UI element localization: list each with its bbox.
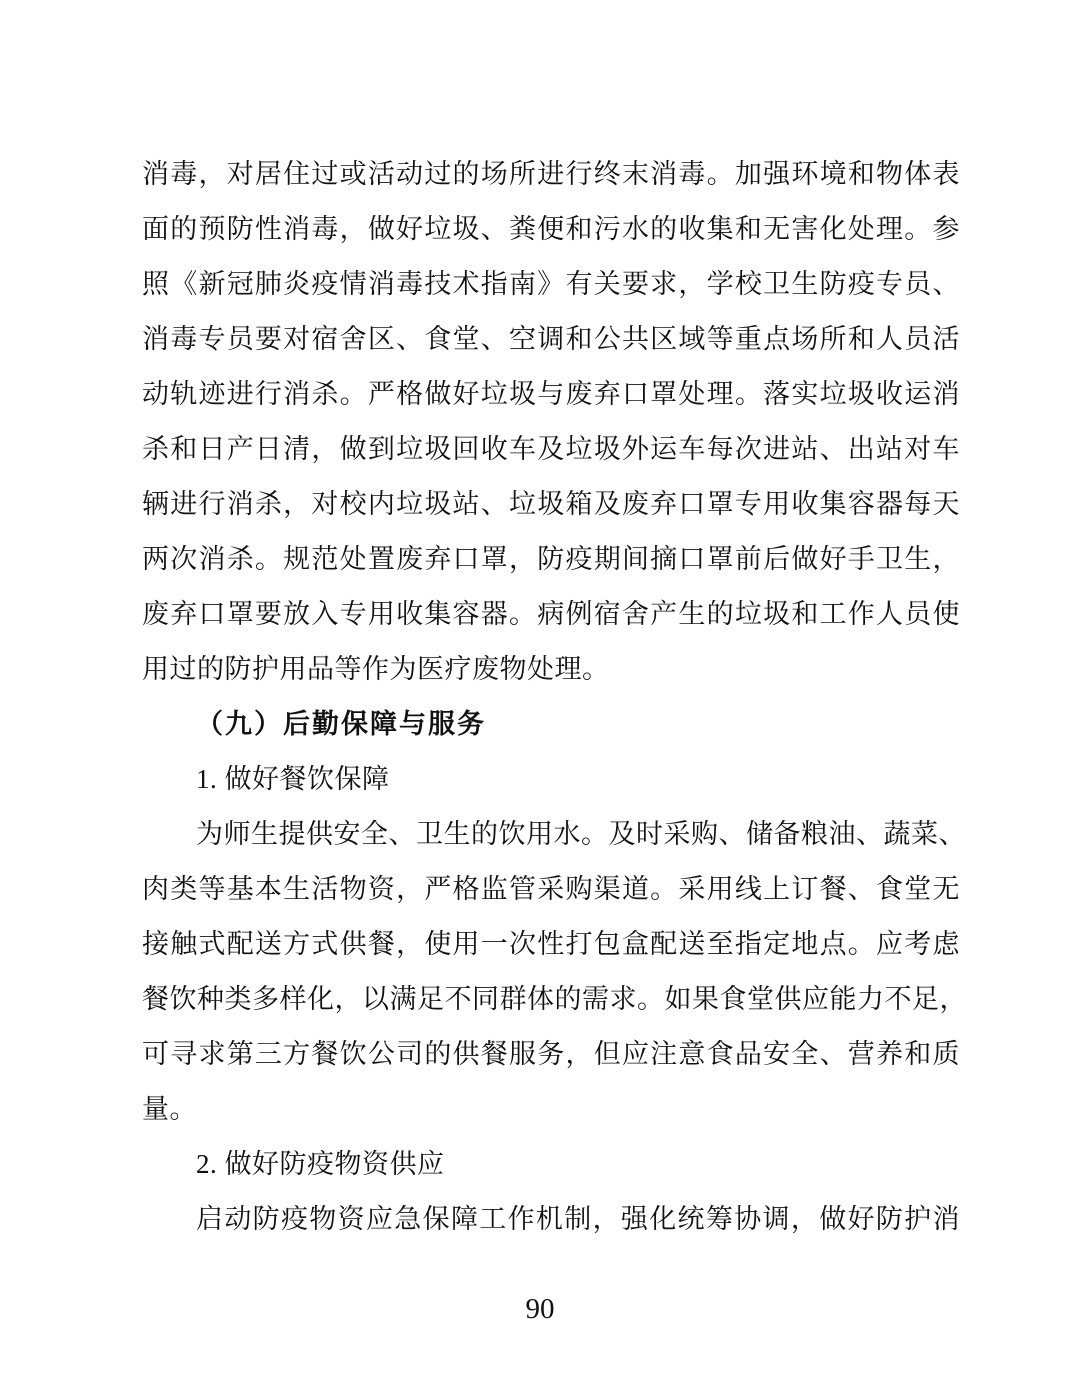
text-line: 辆进行消杀，对校内垃圾站、垃圾箱及废弃口罩专用收集容器每天 <box>142 477 960 532</box>
text-line: 废弃口罩要放入专用收集容器。病例宿舍产生的垃圾和工作人员使 <box>142 587 960 642</box>
text-line: 杀和日产日清，做到垃圾回收车及垃圾外运车每次进站、出站对车 <box>142 422 960 477</box>
text-line: 面的预防性消毒，做好垃圾、粪便和污水的收集和无害化处理。参 <box>142 202 960 257</box>
list-item-heading: 1. 做好餐饮保障 <box>142 752 960 807</box>
list-item-heading: 2. 做好防疫物资供应 <box>142 1137 960 1192</box>
text-line: 可寻求第三方餐饮公司的供餐服务，但应注意食品安全、营养和质 <box>142 1027 960 1082</box>
text-line: 量。 <box>142 1082 960 1137</box>
text-line: 两次消杀。规范处置废弃口罩，防疫期间摘口罩前后做好手卫生， <box>142 532 960 587</box>
body-text: 消毒，对居住过或活动过的场所进行终末消毒。加强环境和物体表 面的预防性消毒，做好… <box>142 147 960 1247</box>
text-line: 照《新冠肺炎疫情消毒技术指南》有关要求，学校卫生防疫专员、 <box>142 257 960 312</box>
text-line: 消毒专员要对宿舍区、食堂、空调和公共区域等重点场所和人员活 <box>142 312 960 367</box>
text-line: 消毒，对居住过或活动过的场所进行终末消毒。加强环境和物体表 <box>142 147 960 202</box>
page-number: 90 <box>0 1282 1080 1337</box>
section-heading: （九）后勤保障与服务 <box>142 697 960 752</box>
text-line: 接触式配送方式供餐，使用一次性打包盒配送至指定地点。应考虑 <box>142 917 960 972</box>
text-line: 肉类等基本生活物资，严格监管采购渠道。采用线上订餐、食堂无 <box>142 862 960 917</box>
text-line: 餐饮种类多样化，以满足不同群体的需求。如果食堂供应能力不足， <box>142 972 960 1027</box>
text-line: 用过的防护用品等作为医疗废物处理。 <box>142 642 960 697</box>
text-line: 启动防疫物资应急保障工作机制，强化统筹协调，做好防护消 <box>142 1192 960 1247</box>
text-line: 动轨迹进行消杀。严格做好垃圾与废弃口罩处理。落实垃圾收运消 <box>142 367 960 422</box>
text-line: 为师生提供安全、卫生的饮用水。及时采购、储备粮油、蔬菜、 <box>142 807 960 862</box>
document-page: 消毒，对居住过或活动过的场所进行终末消毒。加强环境和物体表 面的预防性消毒，做好… <box>0 0 1080 1397</box>
